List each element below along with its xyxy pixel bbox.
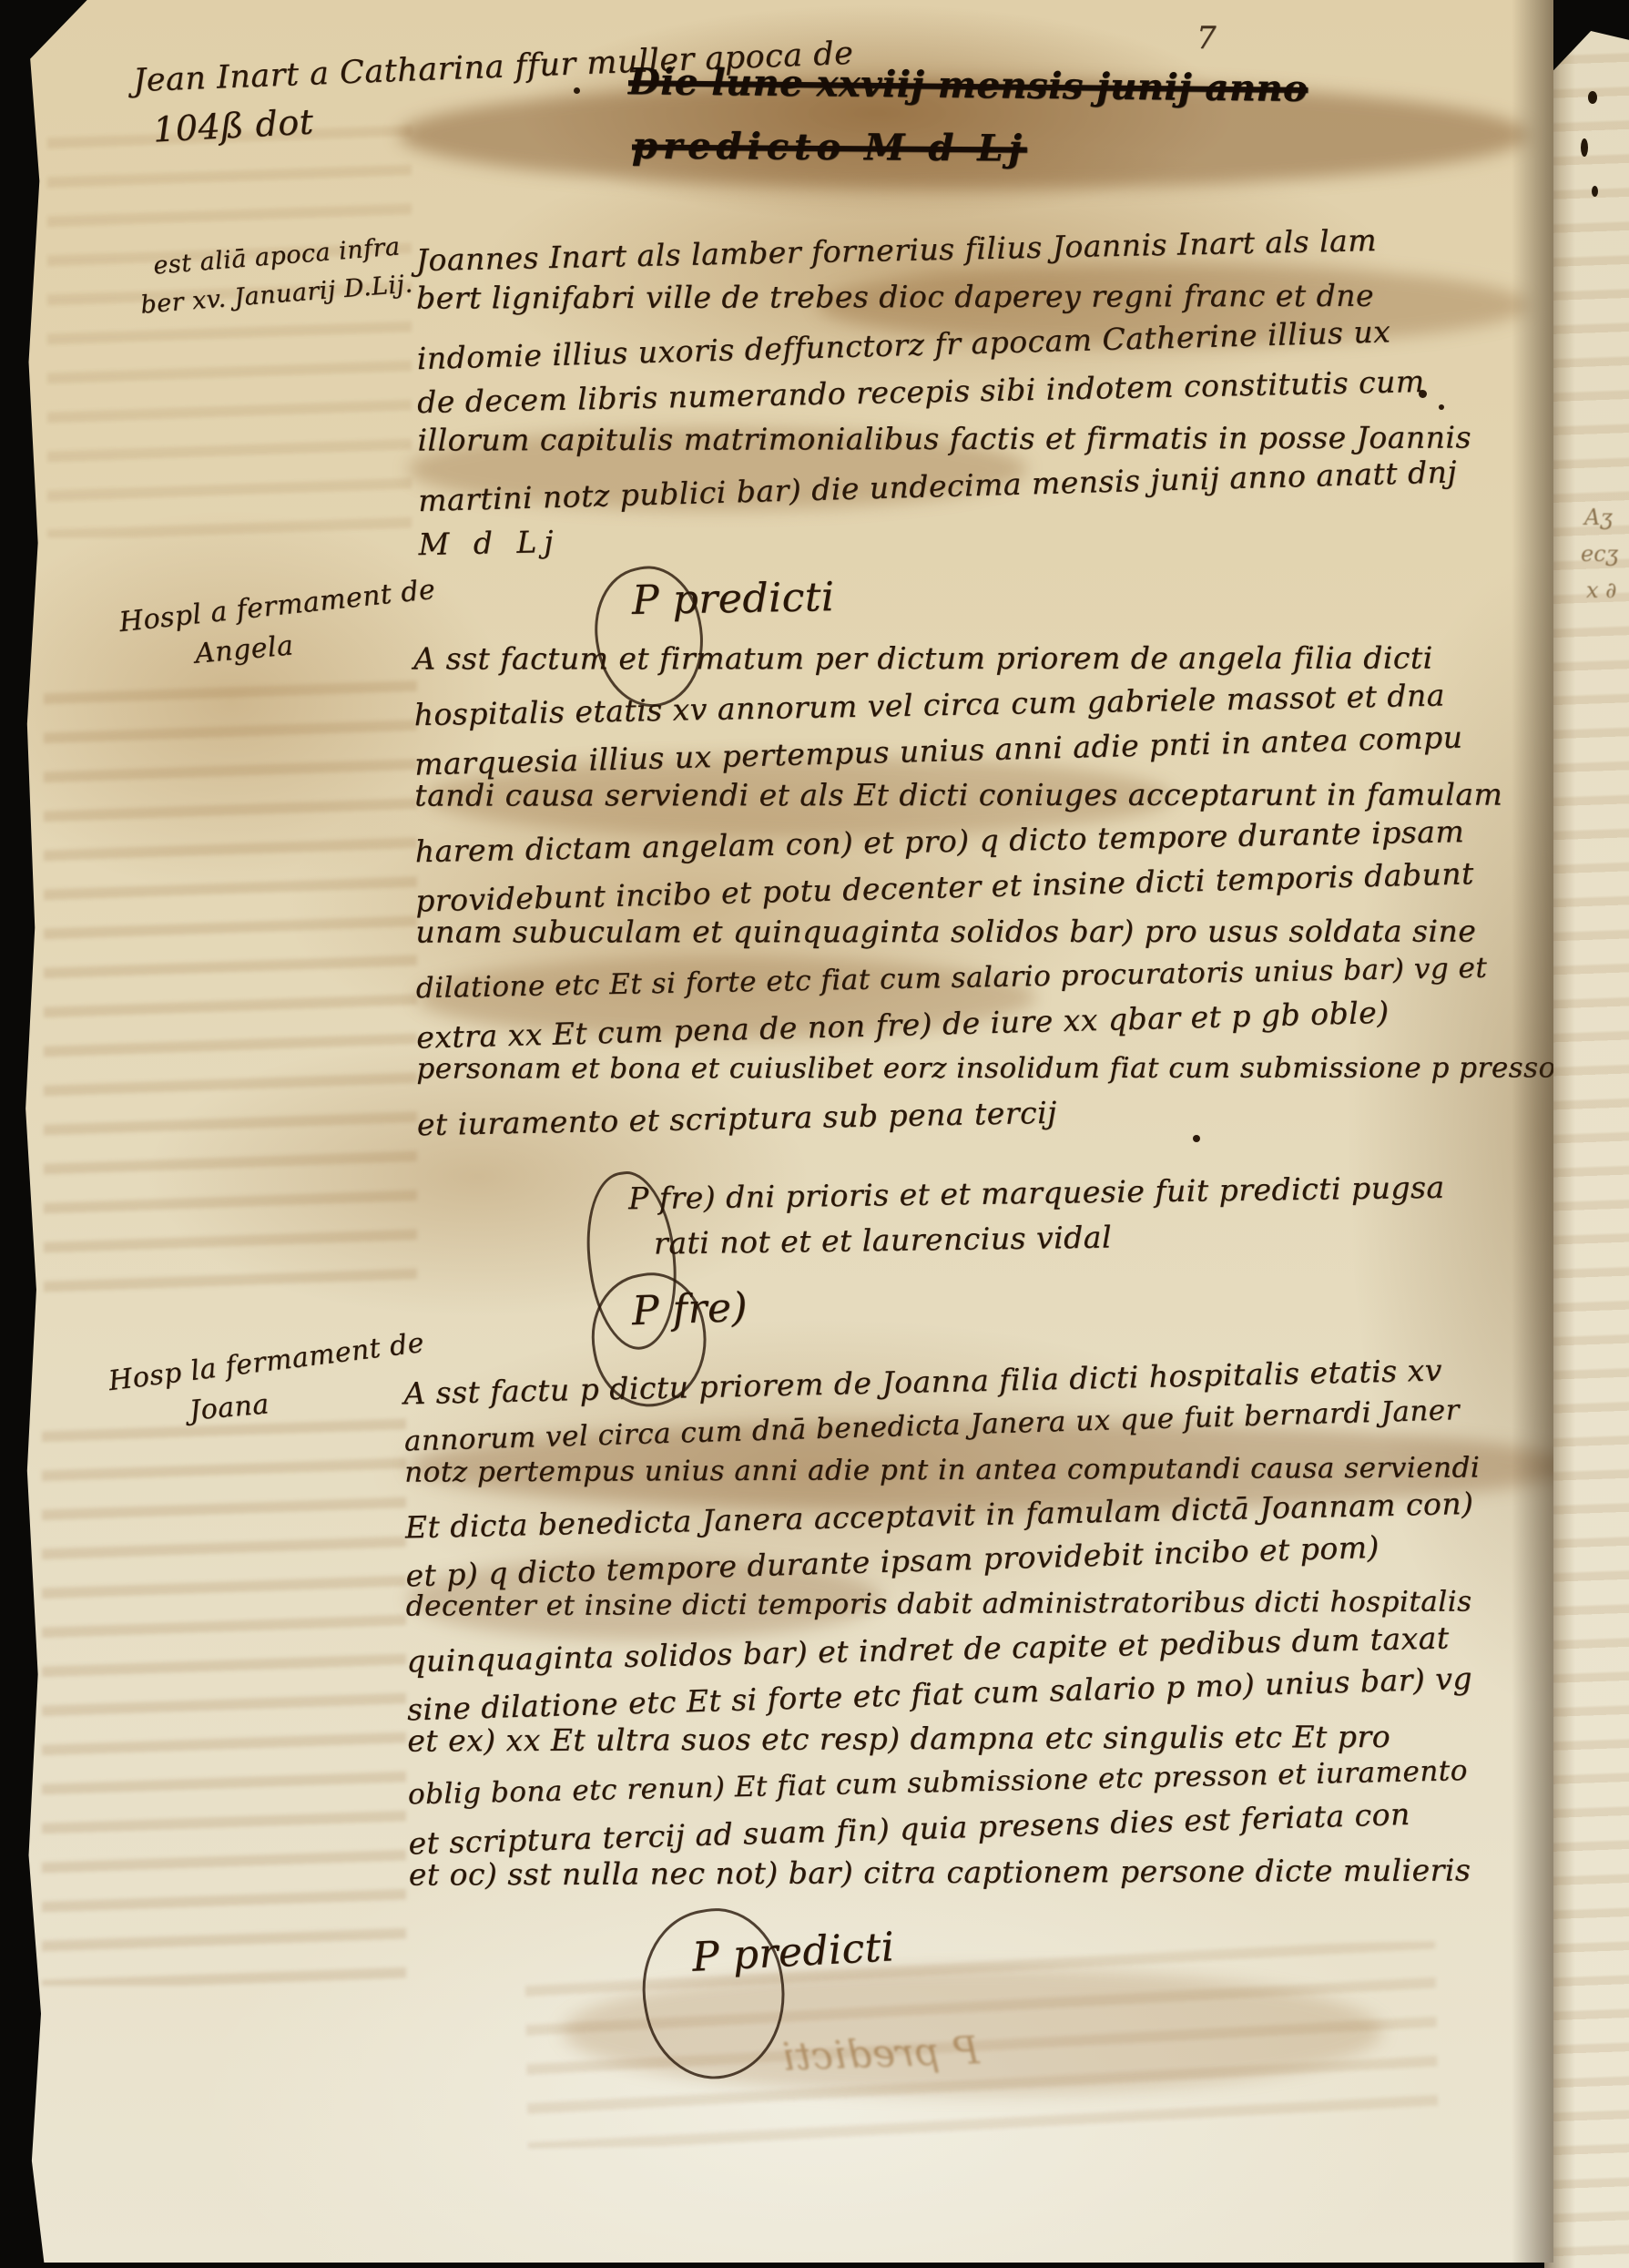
- margin-note-hospital-angela: Angela: [194, 629, 295, 669]
- struck-date-line-1: Die lune xxviij mensis junij anno: [628, 60, 1308, 110]
- margin-note-hospital-joana: Hosp la fermament de: [107, 1327, 426, 1397]
- leaf2-text-fragment: ecʒ: [1581, 541, 1618, 567]
- manuscript-page: Jean Inart a Catharina ffur muller apoca…: [16, 0, 1553, 2263]
- mark-fre: P fre): [631, 1284, 748, 1334]
- leaf2-text-fragment: x ∂: [1586, 577, 1617, 603]
- bleedthrough-lines: [47, 109, 412, 537]
- corner-mark: 7: [1196, 20, 1217, 56]
- manuscript-line: et oc) sst nulla nec not) bar) citra cap…: [409, 1847, 1484, 1896]
- bleedthrough-lines: [42, 1403, 406, 1986]
- ink-speck: [1581, 138, 1588, 157]
- attestation-line: P fre) dni prioris et et marquesie fuit …: [628, 1170, 1445, 1217]
- bleedthrough-lines: [44, 665, 417, 1303]
- margin-note-hospital-angela: Hospl a fermament de: [117, 574, 437, 639]
- bleedthrough-mark: P predicti: [780, 2028, 980, 2079]
- paragraph-apoca: Joannes Inart als lamber fornerius filiu…: [415, 221, 1472, 562]
- paragraph-joana: A sst factu p dictu priorem de Joanna fi…: [403, 1354, 1484, 1900]
- ink-speck: [1588, 91, 1597, 104]
- fee-note: 104ß dot: [152, 101, 315, 149]
- adjacent-page-edge: Aʒ ecʒ x ∂: [1544, 31, 1629, 2268]
- paragraph-angela: A sst factum et firmatum per dictum prio…: [413, 632, 1575, 1141]
- manuscript-photo: Aʒ ecʒ x ∂ Jean Inart a Catharina ffur m…: [0, 0, 1629, 2268]
- ink-speck: [574, 87, 580, 94]
- section-heading-predicti: P predicti: [632, 574, 835, 624]
- ink-speck: [1592, 186, 1598, 197]
- leaf2-text-fragment: Aʒ: [1584, 505, 1613, 530]
- gutter-shadow: [1512, 0, 1553, 2263]
- attestation-line: rati not et et laurencius vidal: [654, 1219, 1112, 1261]
- struck-date-line-2: predicto M d Lj: [632, 124, 1027, 169]
- ink-speck: [1193, 1135, 1200, 1142]
